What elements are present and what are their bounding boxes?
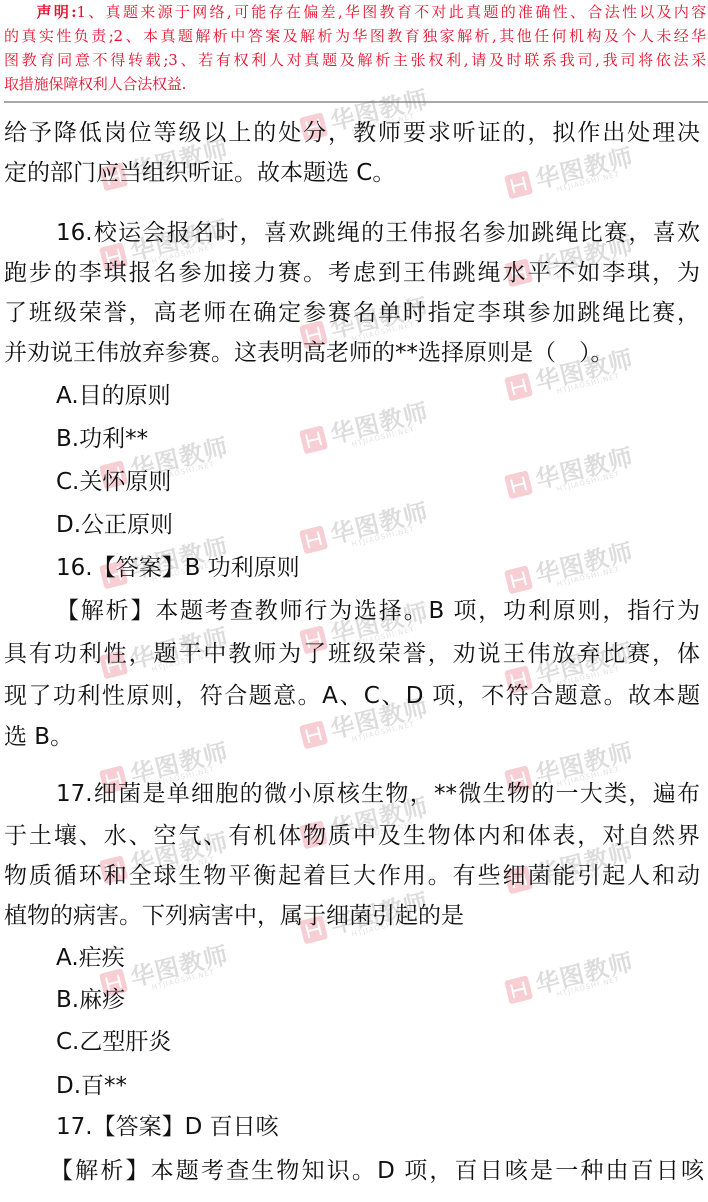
question-17-option-c: C.乙型肝炎: [56, 1022, 656, 1062]
question-16-stem: 16.校运会报名时，喜欢跳绳的王伟报名参加跳绳比赛，喜欢: [56, 213, 700, 253]
question-17-stem: 17.细菌是单细胞的微小原核生物，**微生物的一大类，遍布: [56, 774, 700, 814]
question-16-explanation: 【解析】本题考查教师行为选择。B 项，功利原则，指行为: [56, 591, 700, 631]
question-17-option-a: A.疟疾: [56, 938, 656, 978]
question-17-stem: 植物的病害。下列病害中，属于细菌引起的是: [4, 896, 700, 936]
question-17-explanation: 【解析】本题考查生物知识。D 项，百日咳是一种由百日咳: [50, 1151, 704, 1191]
question-16-answer: 16.【答案】B 功利原则: [56, 548, 656, 588]
question-17-stem: 物质循环和全球生物平衡起着巨大作用。有些细菌能引起人和动: [4, 856, 700, 896]
question-17-stem: 于土壤、水、空气、有机体物质中及生物体内和体表，对自然界: [4, 816, 700, 856]
question-16-explanation: 具有功利性，题干中教师为了班级荣誉，劝说王伟放弃比赛，体: [4, 634, 700, 674]
question-16-stem: 跑步的李琪报名参加接力赛。考虑到王伟跳绳水平不如李琪，为: [4, 253, 700, 293]
prev-explanation-line: 给予降低岗位等级以上的处分，教师要求听证的，拟作出处理决: [4, 113, 700, 153]
question-17-answer: 17.【答案】D 百日咳: [56, 1107, 656, 1147]
disclaimer-lead: 声明:: [34, 3, 76, 21]
disclaimer-line-4: 取措施保障权利人合法权益.: [4, 72, 706, 96]
question-16-option-b: B.功利**: [56, 419, 656, 459]
question-16-explanation: 选 B。: [4, 717, 700, 757]
disclaimer-line-3: 图教育同意不得转载;3、若有权利人对真题及解析主张权利,请及时联系我司,我司将依…: [4, 48, 706, 72]
question-16-option-c: C.关怀原则: [56, 462, 656, 502]
header-separator: [4, 101, 708, 103]
question-17-option-d: D.百**: [56, 1066, 656, 1106]
question-17-option-b: B.麻疹: [56, 980, 656, 1020]
question-16-option-d: D.公正原则: [56, 505, 656, 545]
disclaimer-line-1: 声明:1、真题来源于网络,可能存在偏差,华图教育不对此真题的准确性、合法性以及内…: [4, 0, 706, 24]
question-16-stem: 并劝说王伟放弃参赛。这表明高老师的**选择原则是（ ）。: [4, 333, 700, 373]
question-16-stem: 了班级荣誉，高老师在确定参赛名单时指定李琪参加跳绳比赛，: [4, 293, 700, 333]
disclaimer-line-2: 的真实性负责;2、本真题解析中答案及解析为华图教育独家解析,其他任何机构及个人未…: [4, 24, 706, 48]
question-16-explanation: 现了功利性原则，符合题意。A、C、D 项，不符合题意。故本题: [4, 676, 700, 716]
disclaimer: 声明:1、真题来源于网络,可能存在偏差,华图教育不对此真题的准确性、合法性以及内…: [4, 0, 706, 96]
prev-explanation-line: 定的部门应当组织听证。故本题选 C。: [4, 153, 700, 193]
question-16-option-a: A.目的原则: [56, 376, 656, 416]
